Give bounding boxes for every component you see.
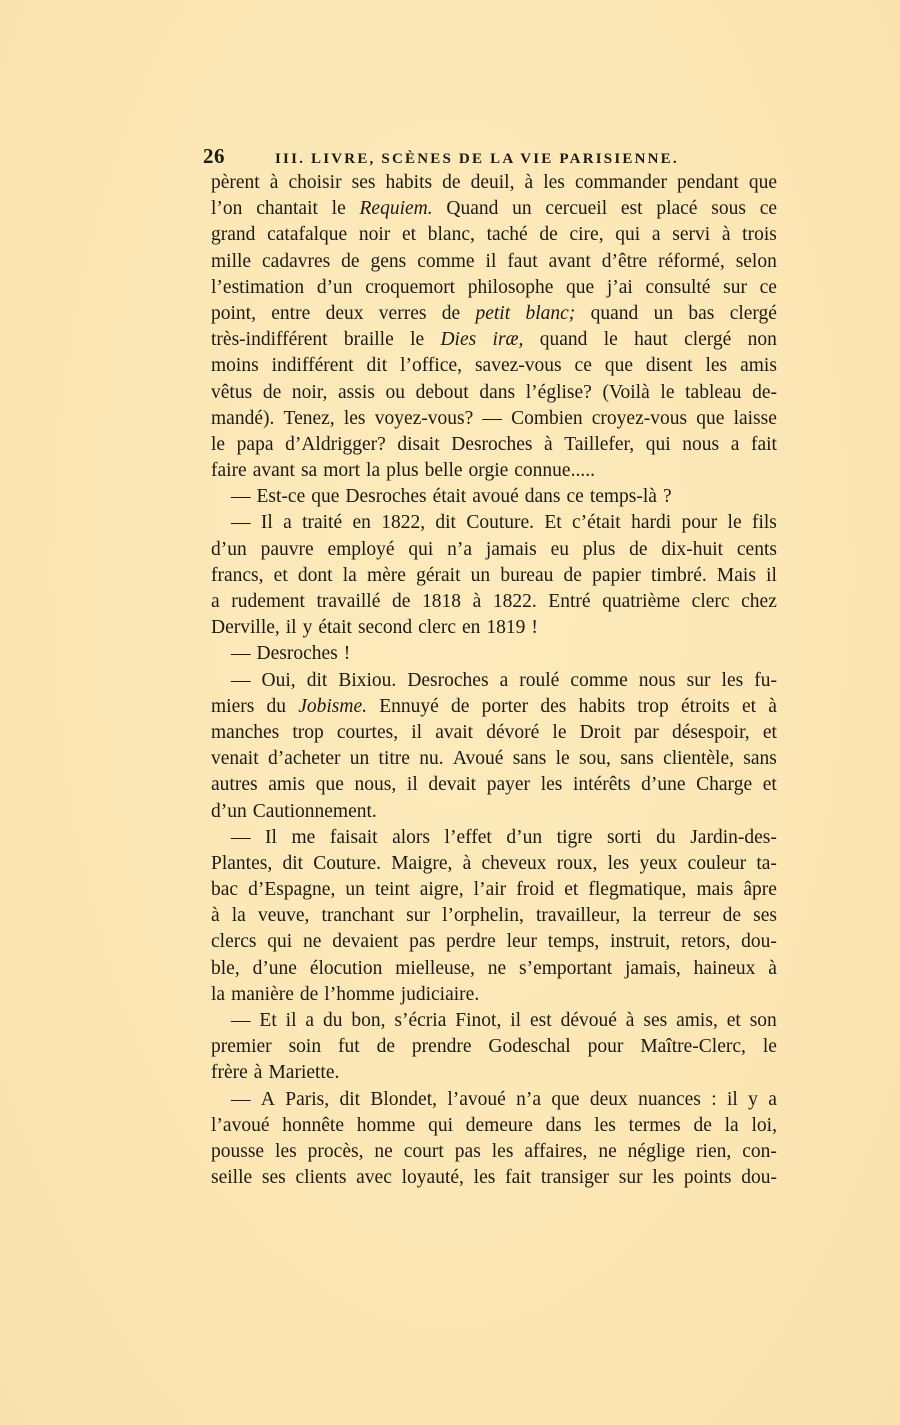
word: affaires,: [524, 1139, 587, 1165]
book-page: 26 III. LIVRE, SCÈNES DE LA VIE PARISIEN…: [0, 0, 900, 1425]
word: consulté: [645, 275, 710, 301]
word: le: [211, 432, 225, 458]
word: cents: [737, 537, 777, 563]
word: des: [540, 694, 566, 720]
word: Desroches: [451, 432, 532, 458]
word: ses: [643, 1008, 667, 1034]
word: que: [316, 772, 344, 798]
word: Godeschal: [488, 1034, 570, 1060]
word: disent: [646, 353, 693, 379]
word: en: [462, 615, 480, 641]
word: nu.: [419, 746, 443, 772]
word: clergé: [684, 327, 731, 353]
word: Cautionnement.: [253, 799, 377, 825]
word: dit: [282, 851, 303, 877]
word: bon,: [351, 1008, 385, 1034]
word: le: [332, 196, 346, 222]
word: quand: [591, 301, 639, 327]
word: Maître-Clerc,: [640, 1034, 746, 1060]
page-number: 26: [203, 144, 275, 169]
word: dix-huit: [661, 537, 723, 563]
word: papa: [237, 432, 274, 458]
text-line: pousselesprocès,necourtpaslesaffaires,ne…: [211, 1139, 777, 1165]
text-line: miersduJobisme.Ennuyédeporterdeshabitstr…: [211, 694, 777, 720]
text-line: l’onchantaitleRequiem.Quanduncercueilest…: [211, 196, 777, 222]
text-line: venaitd’acheteruntitrenu.Avouésanslesou,…: [211, 746, 777, 772]
word: connue.....: [514, 458, 595, 484]
word: s’écria: [394, 1008, 446, 1034]
word: pèrent: [211, 170, 260, 196]
word: servi: [672, 222, 710, 248]
word: Bixiou.: [338, 668, 396, 694]
word: ne: [374, 1139, 392, 1165]
word: miers: [211, 694, 254, 720]
word: sorti: [607, 825, 642, 851]
word: Derville,: [211, 615, 280, 641]
word: le: [660, 380, 674, 406]
word: plus: [386, 458, 419, 484]
word: de: [442, 301, 460, 327]
word: entre: [271, 301, 310, 327]
word: taché: [487, 222, 528, 248]
word: sur: [619, 1165, 643, 1191]
word: la: [725, 1113, 739, 1139]
text-line: manchestropcourtes,ilavaitdévoréleDroitp…: [211, 720, 777, 746]
word: sans: [743, 746, 777, 772]
word: couleur: [688, 851, 746, 877]
word: que: [551, 1087, 579, 1113]
word: et: [402, 222, 416, 248]
word: Desroches: [345, 484, 426, 510]
text-line: —Etiladubon,s’écriaFinot,ilestdévouéàses…: [211, 1008, 777, 1034]
text-line: —AParis,ditBlondet,l’avouén’aquedeuxnuan…: [211, 1087, 777, 1113]
word: —: [231, 1008, 251, 1034]
word: cercueil: [545, 196, 607, 222]
word: d’un: [211, 799, 247, 825]
word: à: [626, 1008, 635, 1034]
word: Desroches: [257, 641, 338, 667]
word: nous: [639, 668, 676, 694]
word: la: [366, 458, 380, 484]
word: Avoué: [453, 746, 504, 772]
word: titre: [379, 746, 410, 772]
word: eu: [551, 537, 569, 563]
word: un: [654, 301, 674, 327]
word: dou-: [741, 929, 777, 955]
word: faut: [507, 249, 537, 275]
word: indifférent: [272, 353, 354, 379]
word: les: [722, 668, 744, 694]
word: âpre: [743, 877, 777, 903]
word: 1822.: [493, 589, 537, 615]
word: termes: [629, 1113, 681, 1139]
word: flegmatique,: [588, 877, 686, 903]
word: pas: [409, 929, 435, 955]
word: du: [323, 1008, 343, 1034]
word: ce: [760, 275, 777, 301]
word: sous: [711, 196, 746, 222]
word: fu-: [754, 668, 777, 694]
word: Mais: [717, 563, 756, 589]
word: qui: [267, 929, 292, 955]
word: d’un: [506, 825, 542, 851]
text-line: premiersoinfutdeprendreGodeschalpourMaît…: [211, 1034, 777, 1060]
word: honnête: [282, 1113, 344, 1139]
word: que: [696, 406, 724, 432]
word: retors,: [681, 929, 730, 955]
word: transiger: [541, 1165, 609, 1191]
word: a: [652, 222, 661, 248]
word: tableau: [685, 380, 741, 406]
word: à: [473, 589, 482, 615]
word: tigre: [557, 825, 593, 851]
word: pauvre: [261, 537, 314, 563]
text-line: autresamisquenous,ildevaitpayerlesintérê…: [211, 772, 777, 798]
word: con-: [742, 1139, 777, 1165]
word: les: [652, 1165, 674, 1191]
word: de: [629, 537, 647, 563]
word: 1819: [486, 615, 525, 641]
text-line: francs,etdontlamèregéraitunbureaudepapie…: [211, 563, 777, 589]
word: élocution: [310, 956, 383, 982]
word: —: [231, 641, 251, 667]
word: à: [463, 851, 472, 877]
word: à: [254, 1060, 263, 1086]
running-title: III. LIVRE, SCÈNES DE LA VIE PARISIENNE.: [275, 151, 679, 168]
word: courtes,: [337, 720, 398, 746]
word: la: [211, 982, 225, 1008]
italic-word: iræ,: [493, 327, 524, 353]
word: Il: [265, 825, 277, 851]
word: il: [727, 1087, 738, 1113]
word: les: [608, 851, 630, 877]
word: (Voilà: [602, 380, 649, 406]
word: court: [404, 1139, 444, 1165]
word: 1822,: [381, 510, 425, 536]
word: en: [352, 510, 370, 536]
word: loi,: [751, 1113, 776, 1139]
word: dans: [479, 380, 515, 406]
word: à: [722, 222, 731, 248]
word: venait: [211, 746, 259, 772]
word: Paris,: [285, 1087, 329, 1113]
word: de: [341, 249, 359, 275]
text-line: àlaveuve,tranchantsurl’orphelin,travaill…: [211, 903, 777, 929]
word: amis: [268, 772, 305, 798]
word: qui: [615, 222, 640, 248]
word: l’office,: [400, 353, 462, 379]
word: de: [693, 1113, 711, 1139]
word: Droit: [580, 720, 621, 746]
word: réformé,: [658, 249, 725, 275]
word: Couture.: [466, 510, 534, 536]
word: et: [763, 772, 777, 798]
word: —: [231, 825, 251, 851]
word: de: [442, 170, 460, 196]
word: et: [274, 563, 288, 589]
italic-word: petit: [475, 301, 510, 327]
word: rien,: [696, 1139, 731, 1165]
word: de: [392, 589, 410, 615]
word: !: [344, 641, 351, 667]
word: clercs: [211, 929, 256, 955]
word: temps-là: [590, 484, 657, 510]
word: Couture.: [313, 851, 381, 877]
word: nuances: [638, 1087, 701, 1113]
word: du: [267, 694, 287, 720]
word: dit: [367, 353, 388, 379]
word: noir: [359, 222, 390, 248]
word: Oui,: [262, 668, 296, 694]
text-line: —Desroches!: [211, 641, 777, 667]
text-line: grandcatafalquenoiretblanc,tachédecire,q…: [211, 222, 777, 248]
word: à: [211, 903, 220, 929]
word: manches: [211, 720, 279, 746]
word: l’homme: [324, 982, 394, 1008]
word: instruit,: [610, 929, 670, 955]
word: il: [510, 1008, 521, 1034]
word: l’avoué: [447, 1087, 505, 1113]
word: verres: [379, 301, 427, 327]
word: les: [543, 170, 565, 196]
word: dou-: [741, 1165, 777, 1191]
body-text: pèrentàchoisirseshabitsdedeuil,àlescomma…: [211, 170, 777, 1191]
word: mais: [696, 877, 733, 903]
word: amis,: [676, 1008, 718, 1034]
word: par: [634, 720, 659, 746]
word: ses: [352, 170, 376, 196]
word: clerc: [692, 589, 730, 615]
text-line: moinsindifférentditl’office,savez-vousce…: [211, 353, 777, 379]
word: les: [492, 1139, 514, 1165]
word: Finot,: [455, 1008, 501, 1034]
word: les: [541, 772, 563, 798]
word: —: [231, 484, 251, 510]
word: haineux: [694, 956, 756, 982]
word: bas: [688, 301, 714, 327]
word: roulé: [519, 668, 559, 694]
word: dévoué: [561, 1008, 617, 1034]
word: savez-vous: [475, 353, 562, 379]
word: sans: [620, 746, 654, 772]
text-line: millecadavresdegenscommeilfautavantd’êtr…: [211, 249, 777, 275]
word: à: [768, 694, 777, 720]
word: est: [621, 196, 643, 222]
text-line: l’avouéhonnêtehommequidemeuredanslesterm…: [211, 1113, 777, 1139]
word: moins: [211, 353, 259, 379]
word: a: [211, 589, 220, 615]
word: payer: [487, 772, 530, 798]
word: fait: [505, 1165, 531, 1191]
word: trop: [637, 694, 668, 720]
word: fut: [338, 1034, 360, 1060]
word: dit: [435, 510, 456, 536]
word: plus: [583, 537, 616, 563]
word: Et: [544, 510, 561, 536]
word: avoué: [472, 484, 519, 510]
word: de: [564, 563, 582, 589]
word: ou: [386, 380, 406, 406]
word: avant: [549, 249, 591, 275]
word: gens: [371, 249, 407, 275]
text-line: mandé).Tenez,lesvoyez-vous?—Combiencroye…: [211, 406, 777, 432]
text-line: l’estimationd’uncroquemortphilosophequej…: [211, 275, 777, 301]
italic-word: blanc;: [525, 301, 575, 327]
word: perdre: [446, 929, 496, 955]
word: —: [231, 510, 251, 536]
word: s’emportant: [519, 956, 612, 982]
word: points: [684, 1165, 732, 1191]
word: ses: [262, 1165, 286, 1191]
text-line: lamanièredel’hommejudiciaire.: [211, 982, 777, 1008]
word: et: [727, 1008, 741, 1034]
word: c’était: [572, 510, 621, 536]
word: aigre,: [420, 877, 464, 903]
word: sa: [301, 458, 317, 484]
word: il: [486, 249, 497, 275]
word: —: [231, 668, 251, 694]
word: un: [512, 196, 532, 222]
word: Ennuyé: [379, 694, 439, 720]
word: ble,: [211, 956, 240, 982]
word: habits: [386, 170, 433, 196]
word: quatrième: [602, 589, 680, 615]
word: les: [275, 1139, 297, 1165]
word: d’être: [602, 249, 647, 275]
word: de: [723, 903, 741, 929]
word: bureau: [500, 563, 553, 589]
word: second: [358, 615, 412, 641]
word: la: [632, 903, 646, 929]
word: à: [544, 432, 553, 458]
word: il: [407, 772, 418, 798]
word: y: [748, 1087, 758, 1113]
word: ?: [663, 484, 672, 510]
word: pour: [588, 1034, 624, 1060]
text-line: lepapad’Aldrigger?disaitDesrochesàTaille…: [211, 432, 777, 458]
word: la: [343, 563, 357, 589]
word: Entré: [548, 589, 590, 615]
word: procès,: [308, 1139, 364, 1165]
word: qui: [646, 432, 671, 458]
text-line: d’unCautionnement.: [211, 799, 777, 825]
word: vêtus: [211, 380, 252, 406]
word: —: [231, 1087, 251, 1113]
word: croquemort: [365, 275, 455, 301]
word: —: [482, 406, 502, 432]
word: qui: [408, 537, 433, 563]
word: fait: [751, 432, 777, 458]
word: cire,: [569, 222, 603, 248]
word: ce: [575, 353, 592, 379]
word: deuil,: [471, 170, 515, 196]
text-line: —Ilmefaisaitalorsl’effetd’untigresortidu…: [211, 825, 777, 851]
word: Est-ce: [257, 484, 306, 510]
word: froid: [516, 877, 554, 903]
word: la: [232, 903, 246, 929]
word: deux: [590, 1087, 628, 1113]
word: placé: [656, 196, 697, 222]
word: Quand: [446, 196, 498, 222]
word: désespoir,: [672, 720, 750, 746]
word: de: [263, 380, 281, 406]
text-line: —Est-cequeDesrochesétaitavouédanscetemps…: [211, 484, 777, 510]
word: orgie: [469, 458, 509, 484]
word: l’effet: [445, 825, 492, 851]
word: Maigre,: [391, 851, 452, 877]
word: belle: [425, 458, 463, 484]
word: catafalque: [267, 222, 347, 248]
word: du: [656, 825, 676, 851]
word: que: [749, 170, 777, 196]
word: avant: [253, 458, 295, 484]
word: sur: [687, 668, 711, 694]
word: choisir: [288, 170, 341, 196]
word: tranchant: [322, 903, 395, 929]
word: cheveux: [482, 851, 547, 877]
word: l’orphelin,: [442, 903, 524, 929]
text-line: vêtusdenoir,assisoudeboutdansl’église?(V…: [211, 380, 777, 406]
running-head: 26 III. LIVRE, SCÈNES DE LA VIE PARISIEN…: [203, 144, 776, 168]
word: ta-: [756, 851, 777, 877]
word: faire: [211, 458, 247, 484]
word: :: [711, 1087, 716, 1113]
word: philosophe: [468, 275, 554, 301]
word: jamais,: [625, 956, 681, 982]
text-line: clercsquinedevaientpasperdreleurtemps,in…: [211, 929, 777, 955]
word: croyez-vous: [592, 406, 687, 432]
word: dont: [298, 563, 333, 589]
text-line: Derville,ilyétaitsecondclercen1819!: [211, 615, 777, 641]
word: très-indifférent: [211, 327, 328, 353]
word: il: [286, 615, 297, 641]
word: l’air: [474, 877, 506, 903]
word: loyauté,: [402, 1165, 464, 1191]
word: quand: [540, 327, 588, 353]
word: un: [350, 746, 370, 772]
word: avec: [356, 1165, 392, 1191]
word: clientèle,: [663, 746, 734, 772]
word: l’on: [211, 196, 242, 222]
word: l’avoué: [211, 1113, 269, 1139]
word: comme: [417, 249, 474, 275]
word: bac: [211, 877, 238, 903]
word: teint: [375, 877, 410, 903]
word: A: [261, 1087, 275, 1113]
word: son: [750, 1008, 777, 1034]
word: 1818: [422, 589, 461, 615]
word: habits: [579, 694, 626, 720]
word: Desroches: [407, 668, 488, 694]
word: haut: [634, 327, 668, 353]
word: ses: [753, 903, 777, 929]
word: dit: [339, 1087, 360, 1113]
word: premier: [211, 1034, 272, 1060]
word: hardi: [631, 510, 671, 536]
word: voyez-vous?: [375, 406, 474, 432]
word: ne: [303, 929, 321, 955]
word: dans: [525, 484, 561, 510]
word: d’un: [211, 537, 247, 563]
text-line: pèrentàchoisirseshabitsdedeuil,àlescomma…: [211, 170, 777, 196]
word: Et: [259, 1008, 276, 1034]
text-line: point,entredeuxverresdepetitblanc;quandu…: [211, 301, 777, 327]
word: à: [270, 170, 279, 196]
word: intérêts: [573, 772, 630, 798]
word: sur: [406, 903, 430, 929]
word: à: [768, 956, 777, 982]
word: a: [500, 668, 509, 694]
